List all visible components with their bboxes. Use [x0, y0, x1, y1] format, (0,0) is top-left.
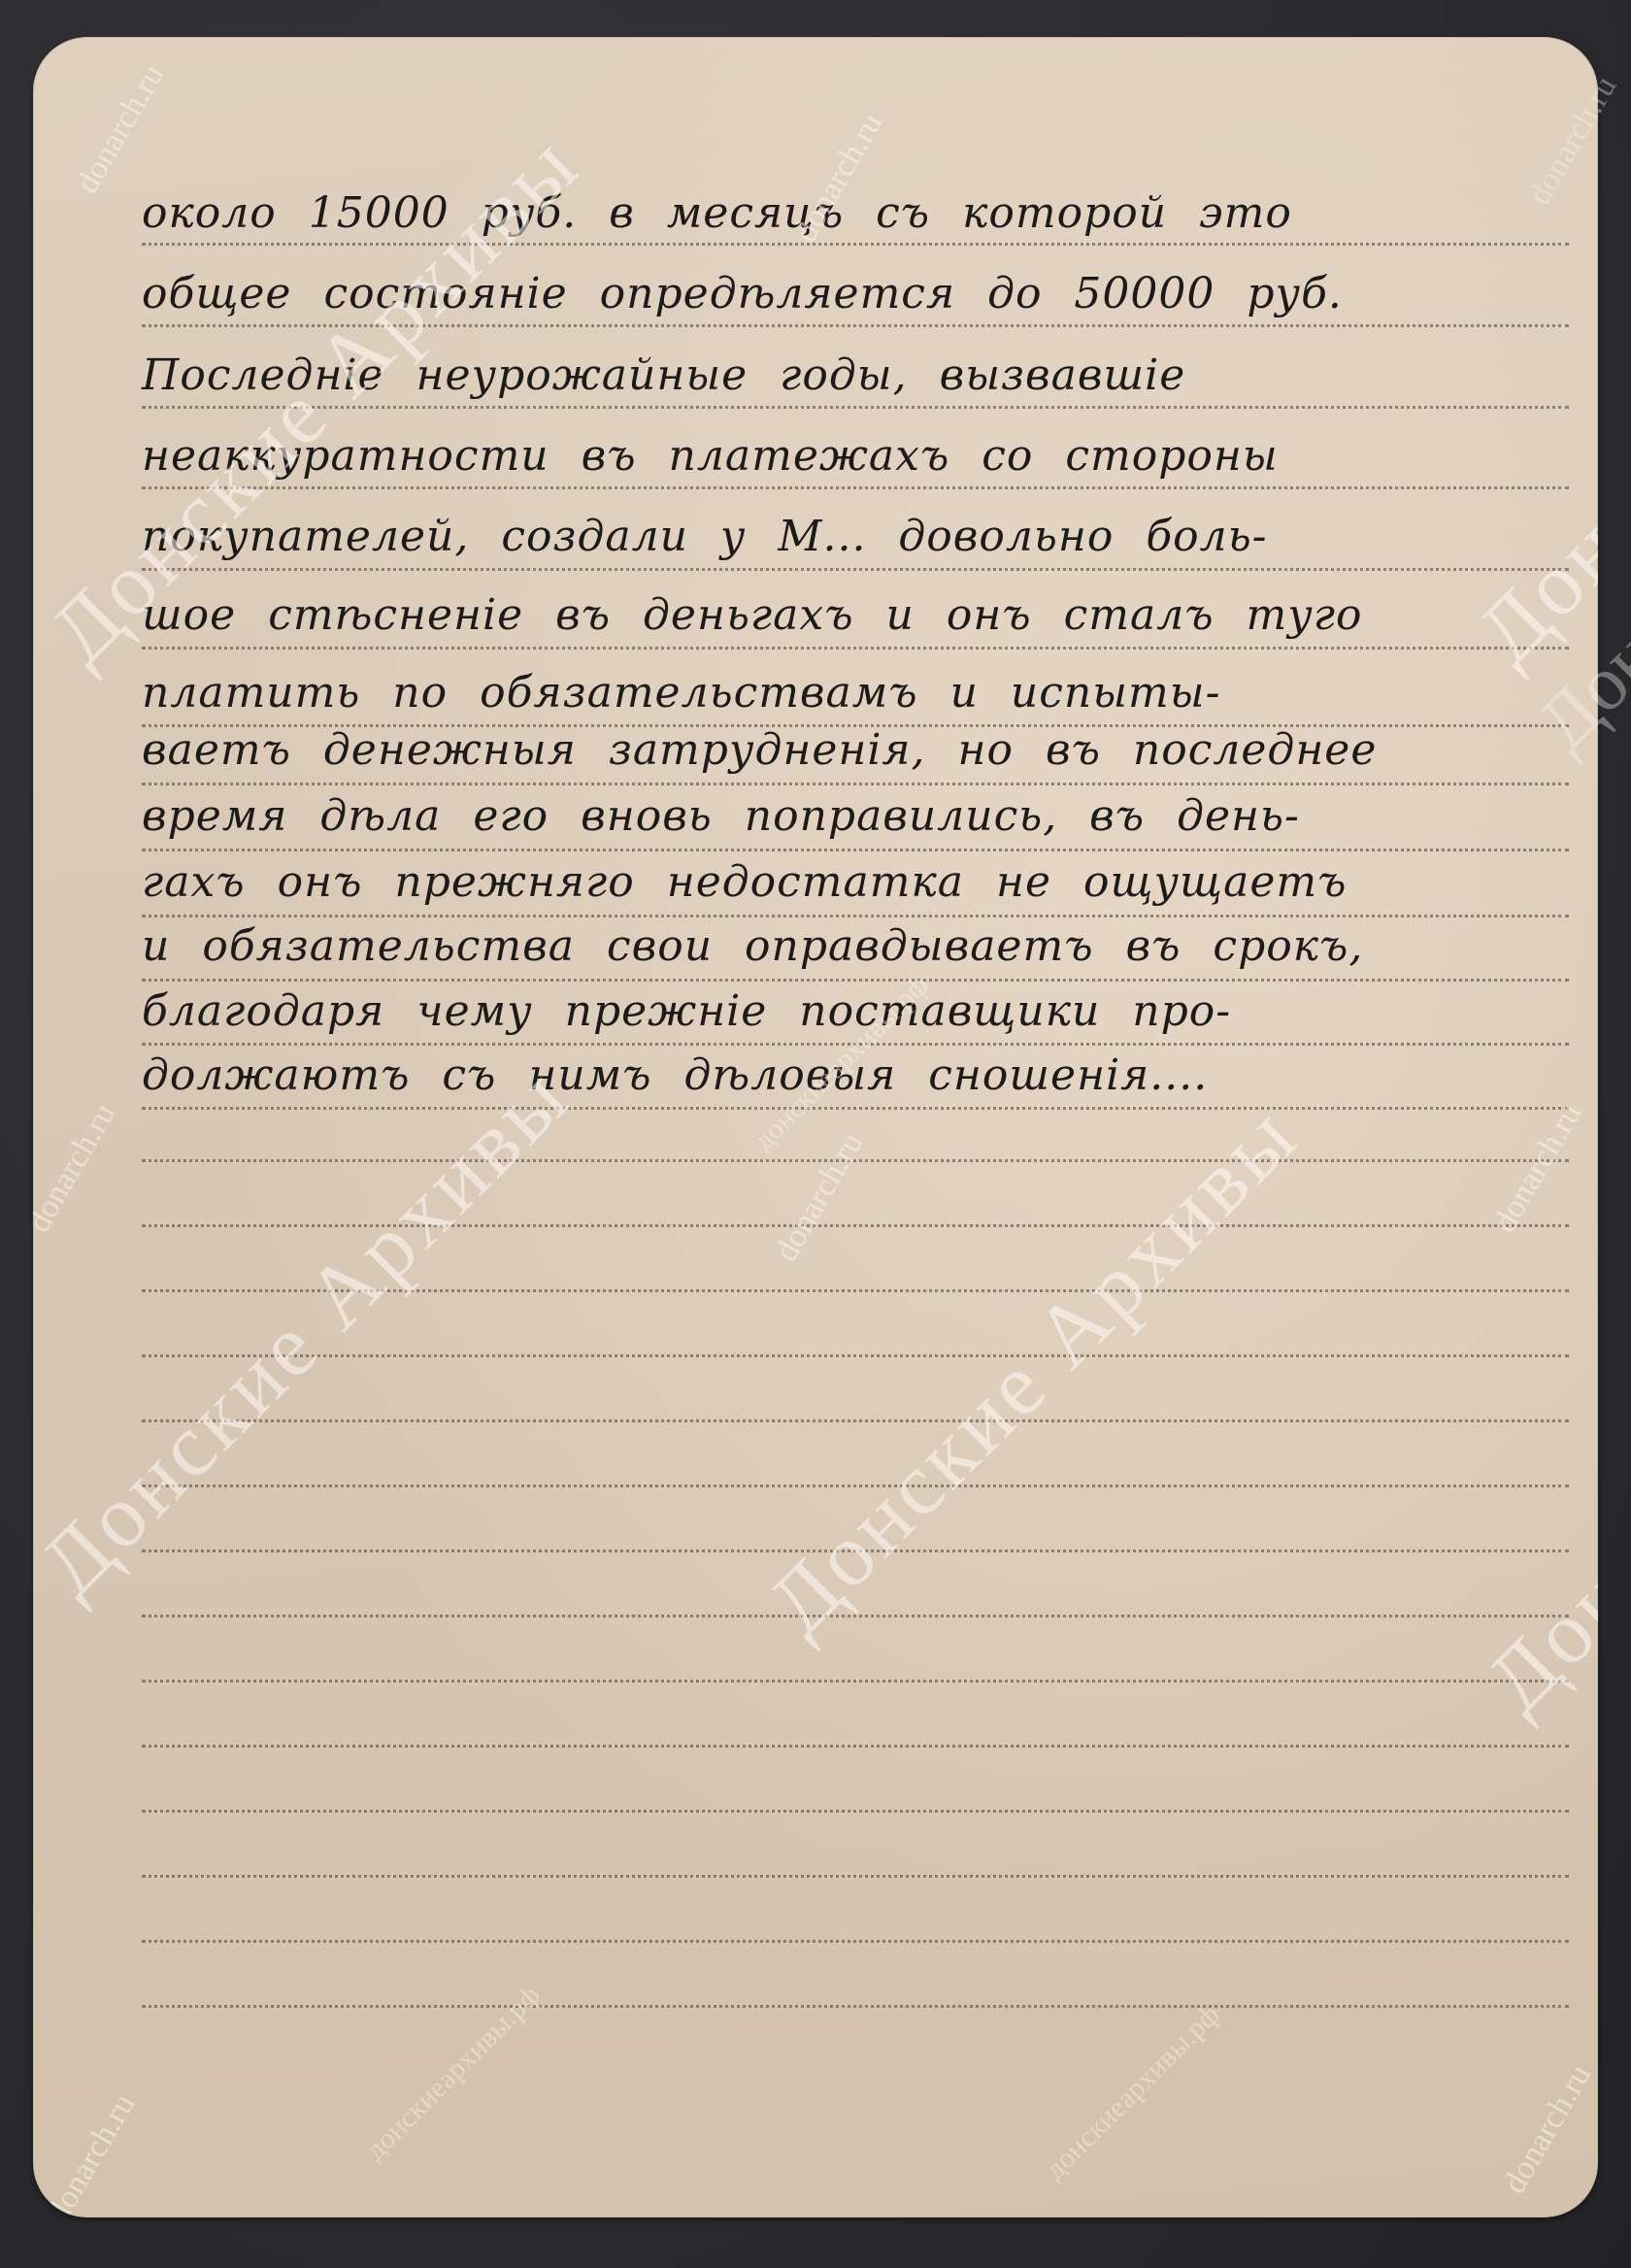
text-line-11: и обязательства свои оправдываетъ въ сро… — [142, 925, 1569, 968]
handwritten-text: около 15000 руб. в месяцъ съ которой это… — [33, 37, 1598, 2218]
text-line-13: должаютъ съ нимъ дѣловыя сношенiя.... — [142, 1054, 1569, 1097]
text-line-6: шое стѣсненiе въ деньгахъ и онъ сталъ ту… — [142, 594, 1569, 637]
text-line-4: неаккуратности въ платежахъ со стороны — [142, 435, 1569, 478]
text-line-5: покупателей, создали у М... довольно бол… — [142, 516, 1569, 558]
text-line-10: гахъ онъ прежняго недостатка не ощущаетъ — [142, 861, 1569, 904]
text-line-7: платить по обязательствамъ и испыты- — [142, 672, 1569, 715]
text-line-2: общее состоянiе опредѣляется до 50000 ру… — [142, 273, 1569, 316]
text-line-9: время дѣла его вновь поправились, въ ден… — [142, 795, 1569, 838]
text-line-12: благодаря чему прежнiе поставщики про- — [142, 990, 1569, 1033]
archival-card: около 15000 руб. в месяцъ съ которой это… — [33, 37, 1598, 2218]
text-line-3: Последнiе неурожайные годы, вызвавшiе — [142, 354, 1569, 397]
text-line-1: около 15000 руб. в месяцъ съ которой это — [142, 192, 1569, 235]
text-line-8: ваетъ денежныя затрудненiя, но въ послед… — [142, 729, 1569, 772]
